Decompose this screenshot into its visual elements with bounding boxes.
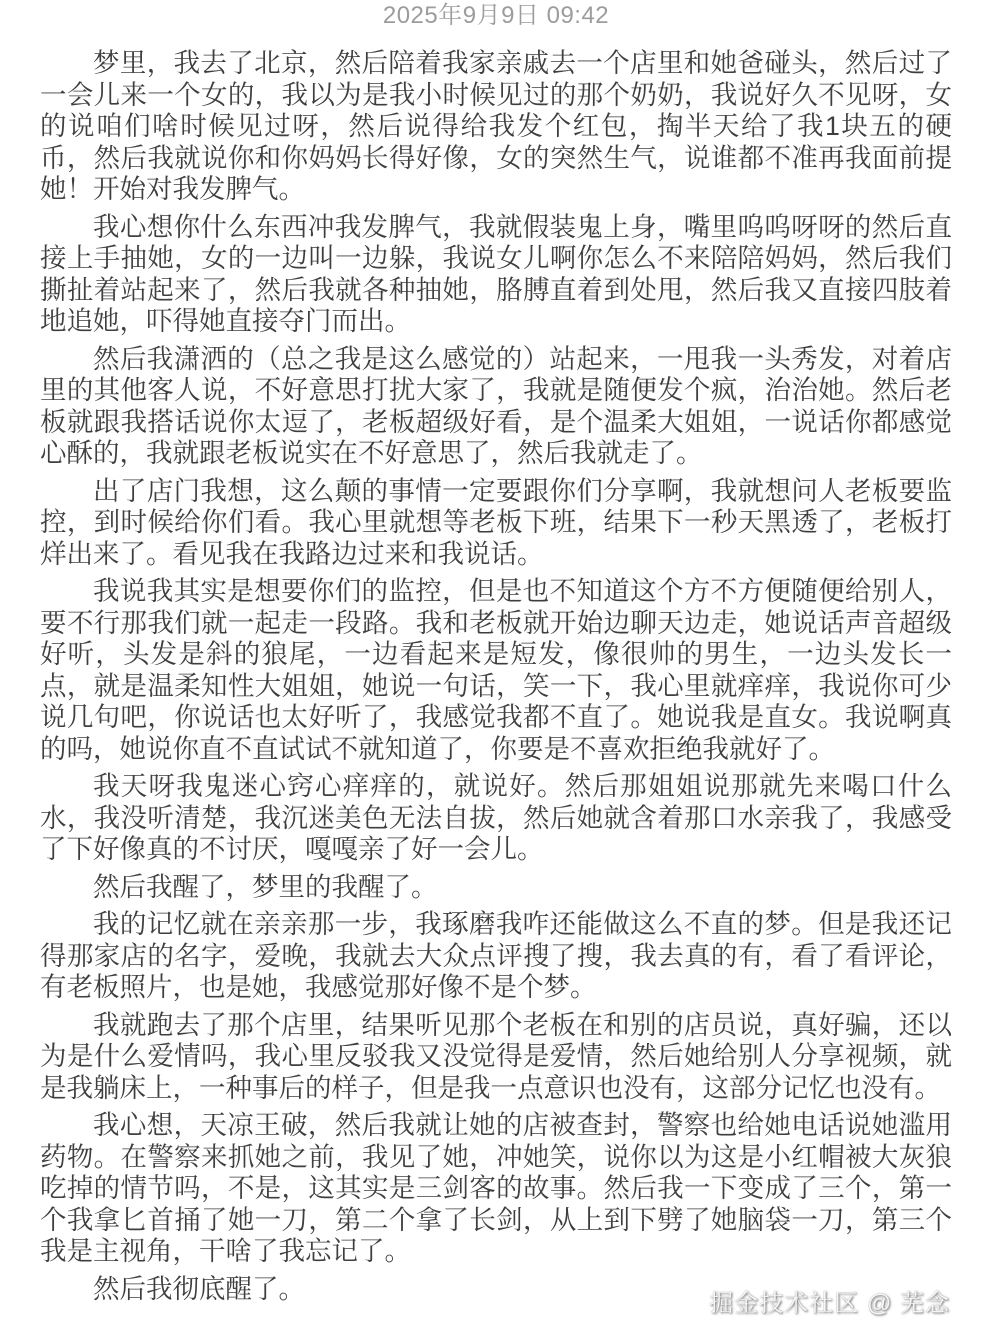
post-timestamp: 2025年9月9日 09:42 (0, 0, 992, 29)
paragraph: 我心想你什么东西冲我发脾气，我就假装鬼上身，嘴里呜呜呀呀的然后直接上手抽她，女的… (40, 212, 952, 338)
post-body: 梦里，我去了北京，然后陪着我家亲戚去一个店里和她爸碰头，然后过了一会儿来一个女的… (40, 48, 952, 1305)
paragraph: 梦里，我去了北京，然后陪着我家亲戚去一个店里和她爸碰头，然后过了一会儿来一个女的… (40, 48, 952, 206)
paragraph: 我说我其实是想要你们的监控，但是也不知道这个方不方便随便给别人，要不行那我们就一… (40, 576, 952, 765)
paragraph: 出了店门我想，这么颠的事情一定要跟你们分享啊，我就想问人老板要监控，到时候给你们… (40, 476, 952, 571)
paragraph: 然后我醒了，梦里的我醒了。 (40, 872, 952, 904)
paragraph: 我天呀我鬼迷心窍心痒痒的，就说好。然后那姐姐说那就先来喝口什么水，我没听清楚，我… (40, 771, 952, 866)
watermark: 掘金技术社区 @ 芜念 (709, 1290, 950, 1318)
paragraph: 我心想，天凉王破，然后我就让她的店被查封，警察也给她电话说她滥用药物。在警察来抓… (40, 1110, 952, 1268)
paragraph: 然后我潇洒的（总之我是这么感觉的）站起来，一甩我一头秀发，对着店里的其他客人说，… (40, 344, 952, 470)
paragraph: 我的记忆就在亲亲那一步，我琢磨我咋还能做这么不直的梦。但是我还记得那家店的名字，… (40, 909, 952, 1004)
paragraph: 我就跑去了那个店里，结果听见那个老板在和别的店员说，真好骗，还以为是什么爱情吗，… (40, 1010, 952, 1105)
post-screenshot-page: 2025年9月9日 09:42 梦里，我去了北京，然后陪着我家亲戚去一个店里和她… (0, 0, 992, 1344)
